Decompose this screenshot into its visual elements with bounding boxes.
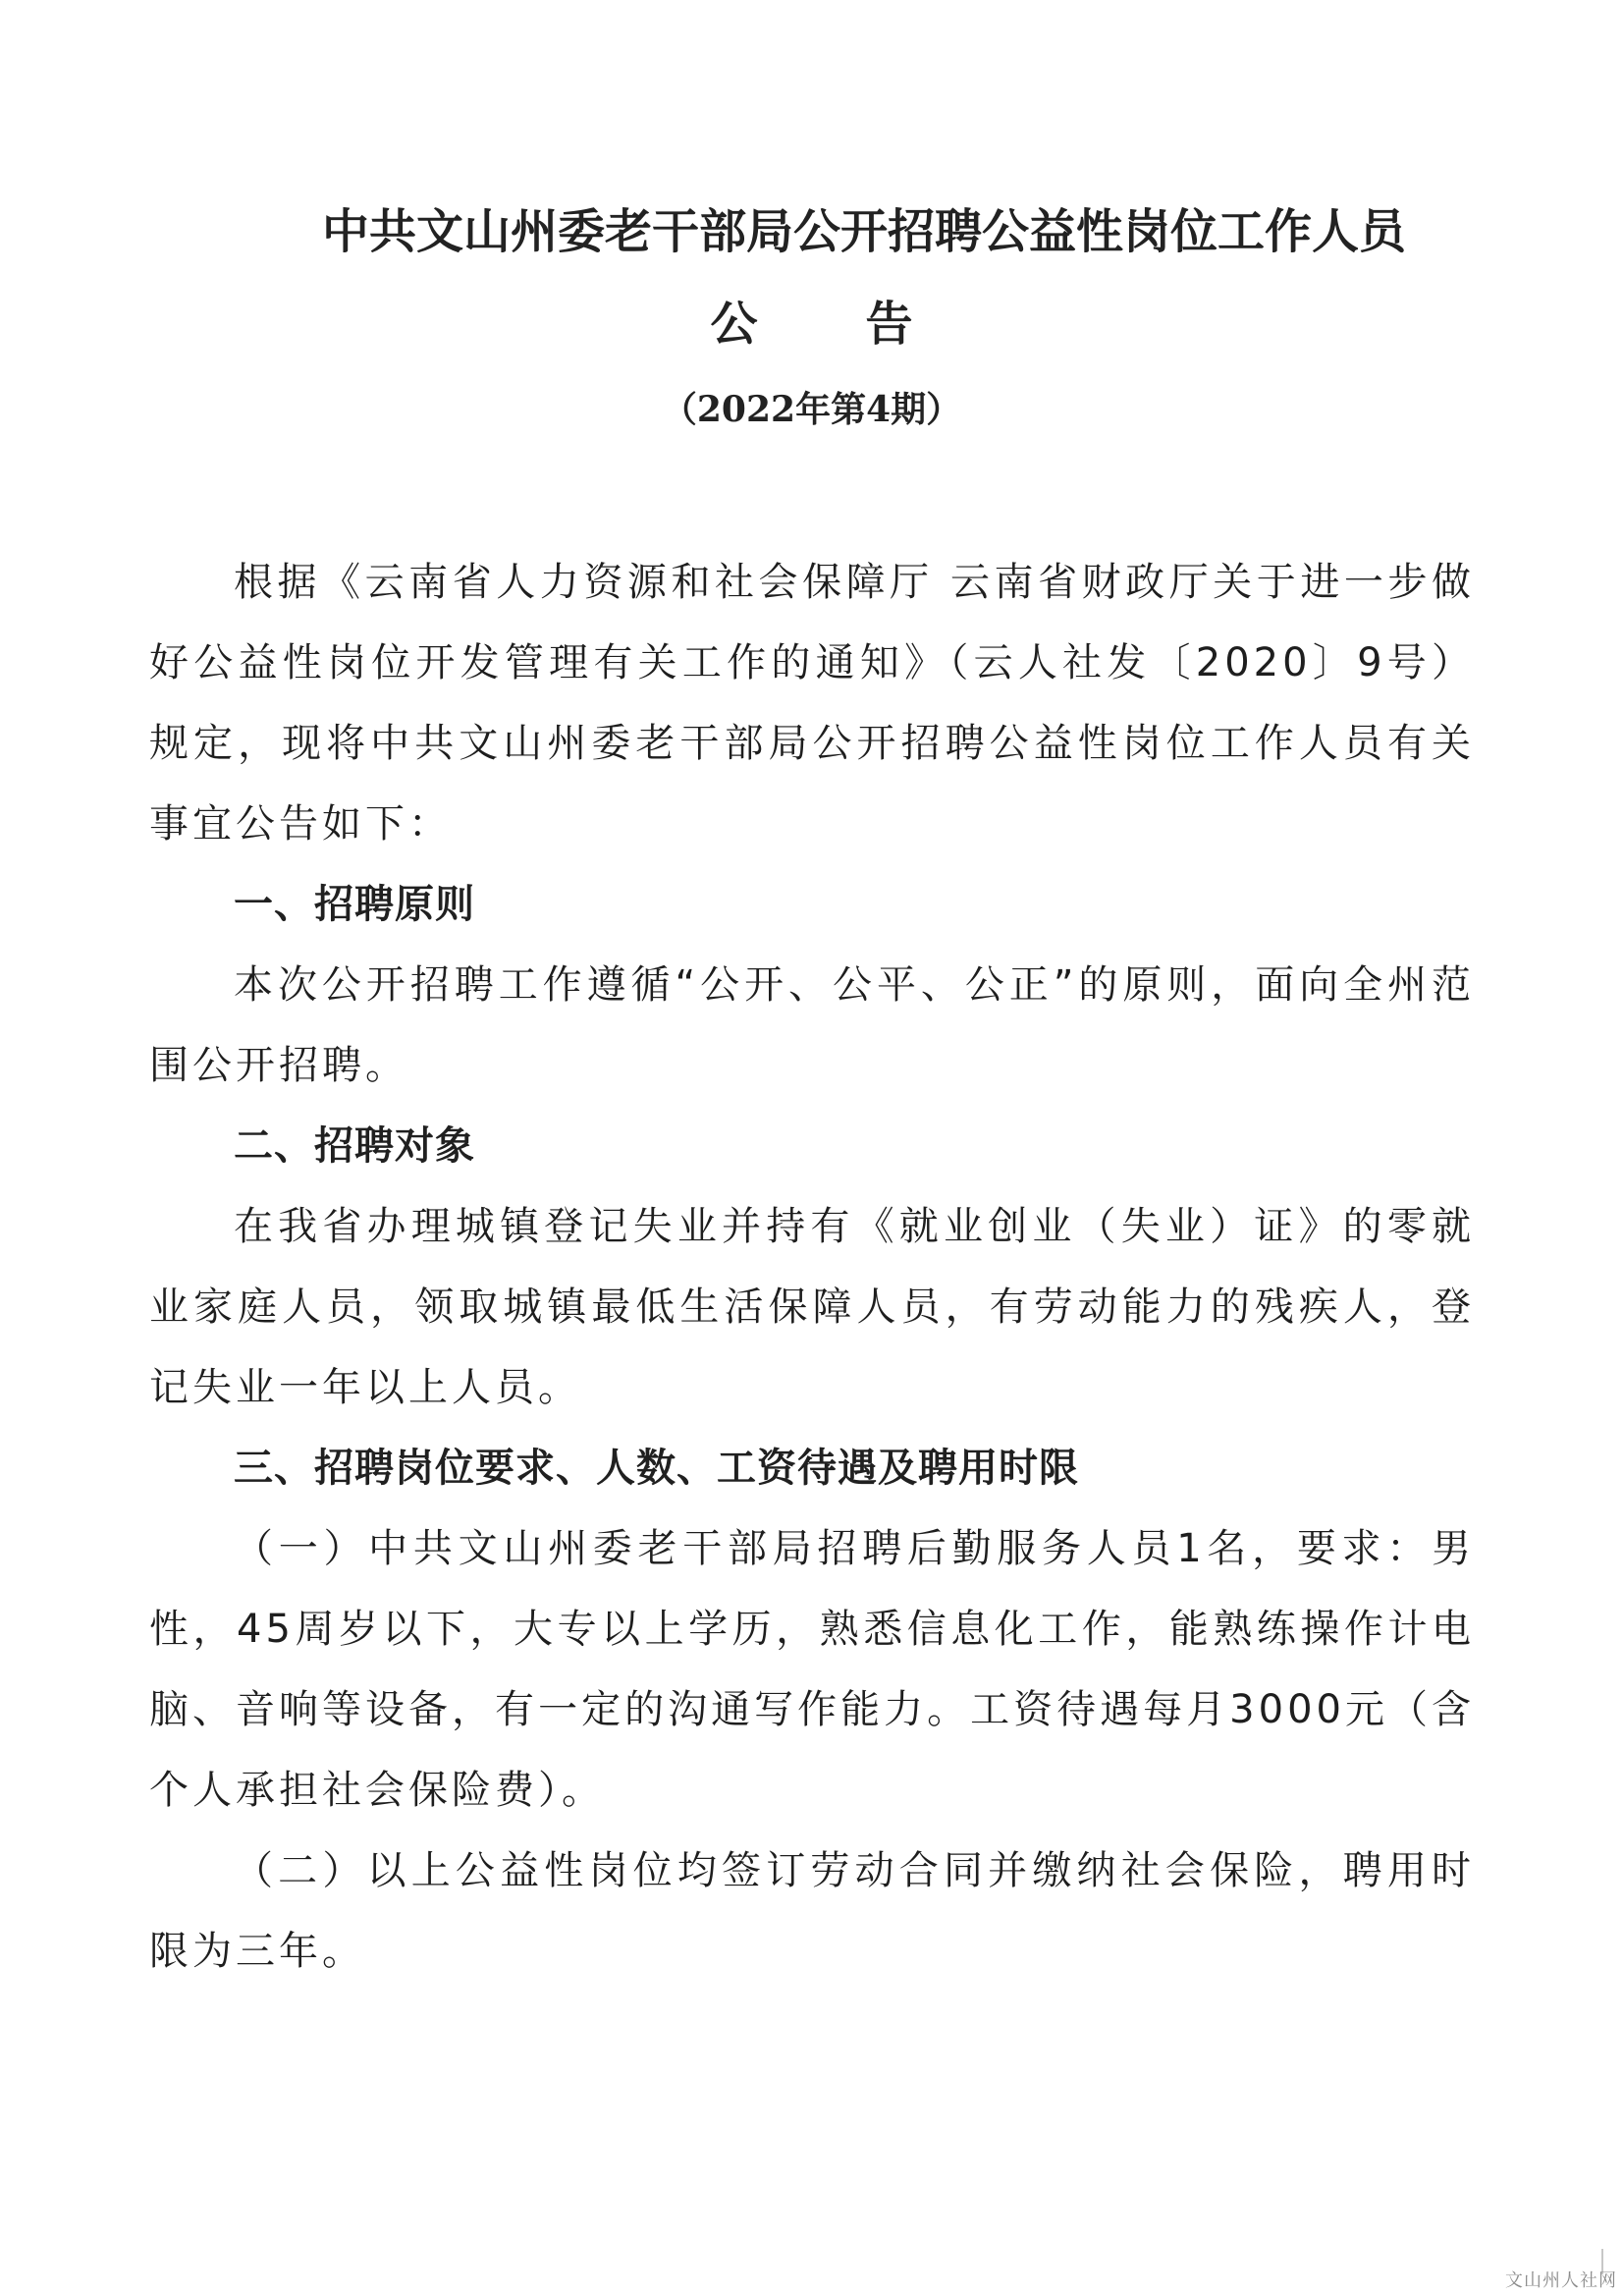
document-page: 中共文山州委老干部局公开招聘公益性岗位工作人员 公告 （2022年第4期） 根据…	[0, 0, 1623, 2296]
intro-paragraph: 根据《云南省人力资源和社会保障厅 云南省财政厅关于进一步做好公益性岗位开发管理有…	[149, 542, 1475, 864]
subtitle-char-1: 公	[710, 295, 757, 354]
document-body: 根据《云南省人力资源和社会保障厅 云南省财政厅关于进一步做好公益性岗位开发管理有…	[149, 542, 1475, 1992]
watermark: 文山州人社网	[1505, 2267, 1617, 2292]
subtitle-char-2: 告	[866, 297, 913, 352]
section-heading-principles: 一、招聘原则	[149, 864, 1475, 945]
targets-paragraph: 在我省办理城镇登记失业并持有《就业创业（失业）证》的零就业家庭人员，领取城镇最低…	[149, 1186, 1475, 1428]
document-subtitle: 公告	[0, 295, 1623, 354]
issue-number: （2022年第4期）	[0, 385, 1623, 434]
position-1-paragraph: （一）中共文山州委老干部局招聘后勤服务人员1名，要求：男性，45周岁以下，大专以…	[149, 1508, 1475, 1831]
principles-paragraph: 本次公开招聘工作遵循“公开、公平、公正”的原则，面向全州范围公开招聘。	[149, 945, 1475, 1106]
document-title: 中共文山州委老干部局公开招聘公益性岗位工作人员	[285, 202, 1443, 261]
position-2-paragraph: （二）以上公益性岗位均签订劳动合同并缴纳社会保险，聘用时限为三年。	[149, 1831, 1475, 1992]
section-heading-positions: 三、招聘岗位要求、人数、工资待遇及聘用时限	[149, 1428, 1475, 1508]
section-heading-targets: 二、招聘对象	[149, 1106, 1475, 1186]
